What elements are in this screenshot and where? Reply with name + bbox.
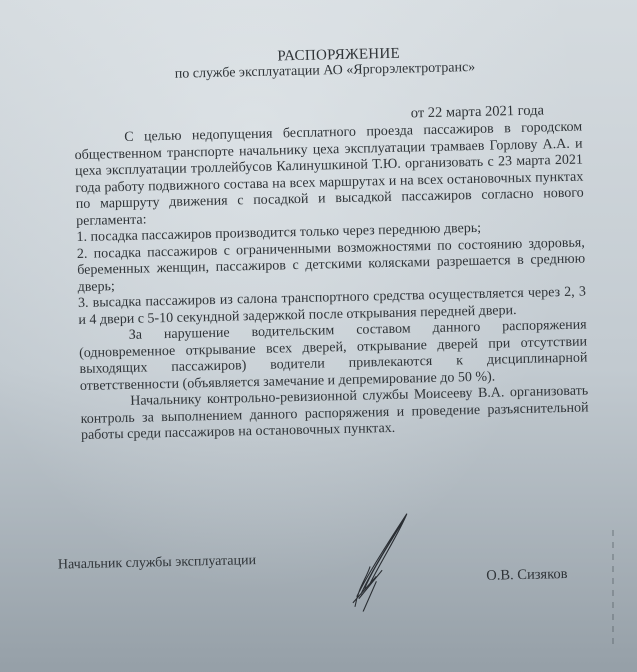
signatory-position: Начальник службы эксплуатации bbox=[58, 553, 256, 573]
document-page: РАСПОРЯЖЕНИЕ по службе эксплуатации АО «… bbox=[0, 0, 637, 672]
page-edge-mark bbox=[612, 530, 614, 650]
document-date: от 22 марта 2021 года bbox=[411, 102, 545, 122]
intro-paragraph: С целью недопущения бесплатного проезда … bbox=[74, 120, 584, 230]
handwritten-signature-icon bbox=[345, 505, 427, 612]
signatory-name: О.В. Сизяков bbox=[486, 566, 568, 585]
document-subtitle: по службе эксплуатации АО «Яргорэлектрот… bbox=[175, 60, 476, 83]
document-body: С целью недопущения бесплатного проезда … bbox=[74, 120, 589, 445]
control-paragraph: Начальнику контрольно-ревизионной службы… bbox=[80, 383, 589, 444]
violation-paragraph: За нарушение водительским составом данно… bbox=[79, 318, 588, 396]
